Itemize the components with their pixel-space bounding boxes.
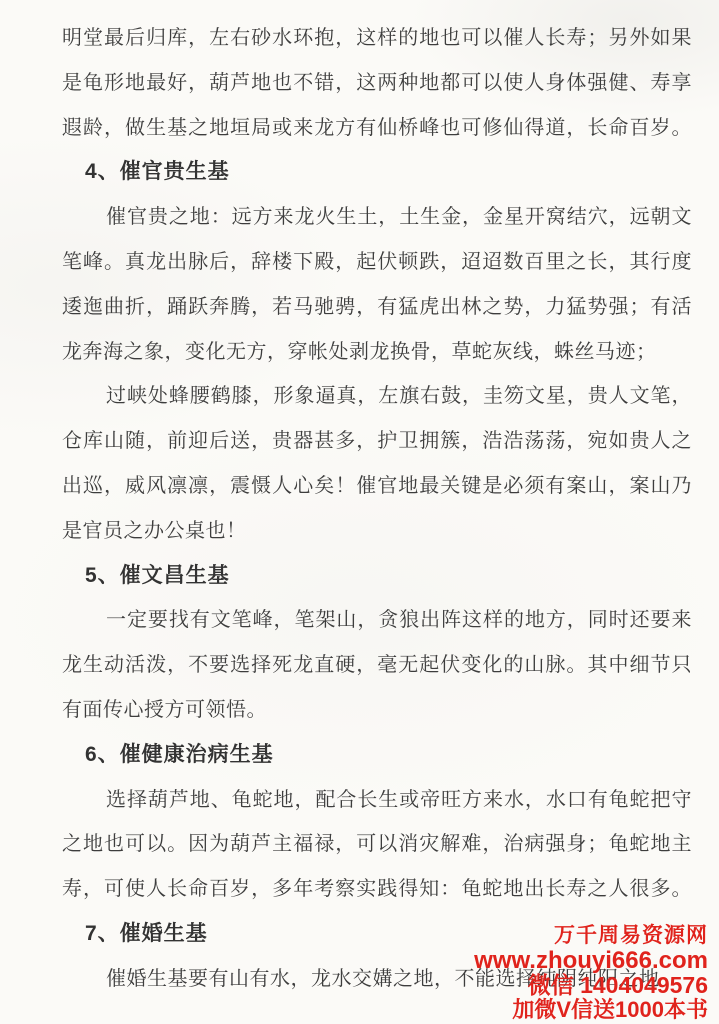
section-heading-5: 5、催文昌生基 — [62, 554, 692, 599]
watermark-url: www.zhouyi666.com — [474, 948, 708, 973]
watermark: 万千周易资源网 www.zhouyi666.com 微信 1404049576 … — [474, 924, 708, 1022]
text-line: 仓库山随，前迎后送，贵器甚多，护卫拥簇，浩浩荡荡，宛如贵人之 — [62, 419, 692, 464]
watermark-site-name: 万千周易资源网 — [474, 924, 708, 948]
text-line: 逶迤曲折，踊跃奔腾，若马驰骋，有猛虎出林之势，力猛势强；有活 — [62, 285, 692, 330]
text-line: 龙生动活泼，不要选择死龙直硬，毫无起伏变化的山脉。其中细节只 — [62, 643, 692, 688]
text-line: 明堂最后归库，左右砂水环抱，这样的地也可以催人长寿；另外如果 — [62, 16, 692, 61]
text-line: 过峡处蜂腰鹤膝，形象逼真，左旗右鼓，圭笏文星，贵人文笔， — [62, 374, 692, 419]
text-line: 之地也可以。因为葫芦主福禄，可以消灾解难，治病强身；龟蛇地主 — [62, 822, 692, 867]
text-line: 寿，可使人长命百岁，多年考察实践得知：龟蛇地出长寿之人很多。 — [62, 867, 692, 912]
text-line: 笔峰。真龙出脉后，辞楼下殿，起伏顿跌，迢迢数百里之长，其行度 — [62, 240, 692, 285]
text-line: 一定要找有文笔峰，笔架山，贪狼出阵这样的地方，同时还要来 — [62, 598, 692, 643]
section-heading-6: 6、催健康治病生基 — [62, 733, 692, 778]
text-line: 出巡，威风凛凛，震慑人心矣！催官地最关键是必须有案山，案山乃 — [62, 464, 692, 509]
text-line: 有面传心授方可领悟。 — [62, 688, 692, 733]
watermark-promo-text: 加微V信送1000本书 — [474, 998, 708, 1022]
document-body: 明堂最后归库，左右砂水环抱，这样的地也可以催人长寿；另外如果 是龟形地最好，葫芦… — [62, 16, 692, 1002]
watermark-wechat-id: 微信 1404049576 — [474, 973, 708, 998]
section-heading-4: 4、催官贵生基 — [62, 150, 692, 195]
scanned-document-page: 明堂最后归库，左右砂水环抱，这样的地也可以催人长寿；另外如果 是龟形地最好，葫芦… — [0, 0, 719, 1024]
text-line: 是官员之办公桌也！ — [62, 509, 692, 554]
text-line: 遐龄，做生基之地垣局或来龙方有仙桥峰也可修仙得道，长命百岁。 — [62, 106, 692, 151]
text-line: 龙奔海之象，变化无方，穿帐处剥龙换骨，草蛇灰线，蛛丝马迹； — [62, 330, 692, 375]
text-line: 是龟形地最好，葫芦地也不错，这两种地都可以使人身体强健、寿享 — [62, 61, 692, 106]
text-line: 催官贵之地：远方来龙火生土，土生金，金星开窝结穴，远朝文 — [62, 195, 692, 240]
text-line: 选择葫芦地、龟蛇地，配合长生或帝旺方来水，水口有龟蛇把守 — [62, 778, 692, 823]
